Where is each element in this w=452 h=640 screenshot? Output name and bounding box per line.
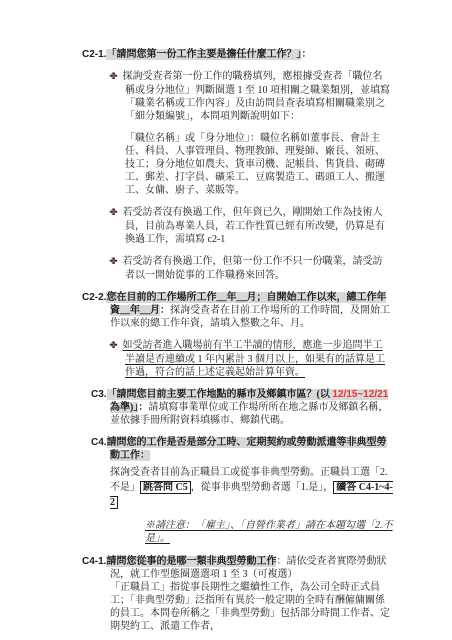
section-c3-label: C3.	[91, 389, 107, 400]
instruction-bullet-3-text: 若受訪者有換過工作，但第一份工作不只一份職業，請受訪者以一開始從事的工作職務來回…	[123, 256, 383, 281]
section-c4-heading: C4.請問您的工作是否是部分工時、定期契約或勞動派遣等非典型勞動工作：	[110, 436, 394, 462]
bullet-icon: ✤	[110, 208, 118, 218]
section-c3-heading: C3.「請問您目前主要工作地點的縣市及鄉鎮市區？(以 12/15~12/21 為…	[110, 388, 394, 427]
section-c2-2-label: C2-2.	[82, 292, 106, 303]
bullet-icon: ✤	[110, 341, 118, 351]
instruction-bullet-2-text: 若受訪者沒有換過工作，但年資已久，剛開始工作為技術人員，目前為專業人員，若工作性…	[123, 207, 385, 245]
section-c3-title-tail: 為準)」	[110, 402, 138, 413]
section-c4-body-2: ，從事非典型勞動者選「1.是」，	[191, 482, 334, 493]
instruction-bullet-1-text: 探詢受查者第一份工作的職務填列，應根據受查者「職位名稱或身分地位」判斷圈選 1 …	[123, 71, 390, 122]
section-c4-body: 探詢受查者目前為正職員工或從事非典型勞動。正職員工選「2.不是」跳答問 C5，從…	[110, 465, 394, 510]
section-c2-1-label: C2-1.	[82, 49, 106, 60]
instruction-bullet-4-text: 如受訪者進入職場前有半工半讀的情形，應進一步追問半工半讀是否連續或 1 年內累計…	[123, 340, 385, 378]
instruction-bullet-4: ✤如受訪者進入職場前有半工半讀的情形，應進一步追問半工半讀是否連續或 1 年內累…	[125, 339, 390, 379]
instruction-bullet-3: ✤若受訪者有換過工作，但第一份工作不只一份職業，請受訪者以一開始從事的工作職務來…	[125, 255, 390, 282]
bullet-icon: ✤	[110, 72, 118, 82]
section-c2-2-colon: ：	[160, 305, 170, 316]
section-c3-title-prefix: 「請問您目前主要工作地點的縣市及鄉鎮市區？(以	[107, 389, 333, 400]
section-c3-body: 請填寫事業單位或工作場所所在地之縣市及鄉鎮名稱，並依據手冊所附資料填縣市、鄉鎮代…	[110, 402, 388, 426]
section-c2-1-colon: ：	[301, 49, 311, 60]
section-c4-1-title: 請問您從事的是哪一類非典型勞動工作	[106, 556, 276, 567]
section-c4-1-label: C4-1.	[82, 556, 106, 567]
document-page: C2-1.「請問您第一份工作主要是擔任什麼工作？」： ✤探詢受查者第一份工作的職…	[0, 0, 452, 640]
definition-paragraph: 「職位名稱」或「身分地位」：職位名稱如董事長、會計主任、科員、人事管理員、物理教…	[125, 132, 390, 197]
bullet-icon: ✤	[110, 257, 118, 267]
instruction-bullet-1: ✤探詢受查者第一份工作的職務填列，應根據受查者「職位名稱或身分地位」判斷圈選 1…	[125, 70, 390, 123]
instruction-bullet-2: ✤若受訪者沒有換過工作，但年資已久，剛開始工作為技術人員，目前為專業人員，若工作…	[125, 206, 390, 246]
section-c2-1-heading: C2-1.「請問您第一份工作主要是擔任什麼工作？」：	[110, 48, 394, 61]
section-c2-2-heading: C2-2.您在目前的工作場所工作＿年＿月；自開始工作以來，總工作年資＿年＿月：探…	[110, 291, 394, 330]
section-c4-1-paragraph: 「正職員工」指從事長期性之繼續性工作，為公司全時正式員工；「非典型勞動」泛指所有…	[110, 581, 392, 633]
date-range-text: 12/15~12/21	[332, 389, 388, 400]
employer-note: ※請注意：「雇主」、「自營作業者」請在本題勾選「2.不是」。	[145, 519, 412, 545]
section-c4-title: 請問您的工作是否是部分工時、定期契約或勞動派遣等非典型勞動工作：	[107, 437, 387, 461]
section-c4-label: C4.	[91, 437, 107, 448]
section-c2-1-title: 「請問您第一份工作主要是擔任什麼工作？」	[106, 49, 301, 60]
skip-to-c5-box: 跳答問 C5	[140, 481, 191, 494]
section-c3-colon: ：	[138, 402, 148, 413]
section-c4-1-heading: C4-1.請問您從事的是哪一類非典型勞動工作：請依受查者實際勞動狀況，就工作型態…	[110, 555, 394, 581]
